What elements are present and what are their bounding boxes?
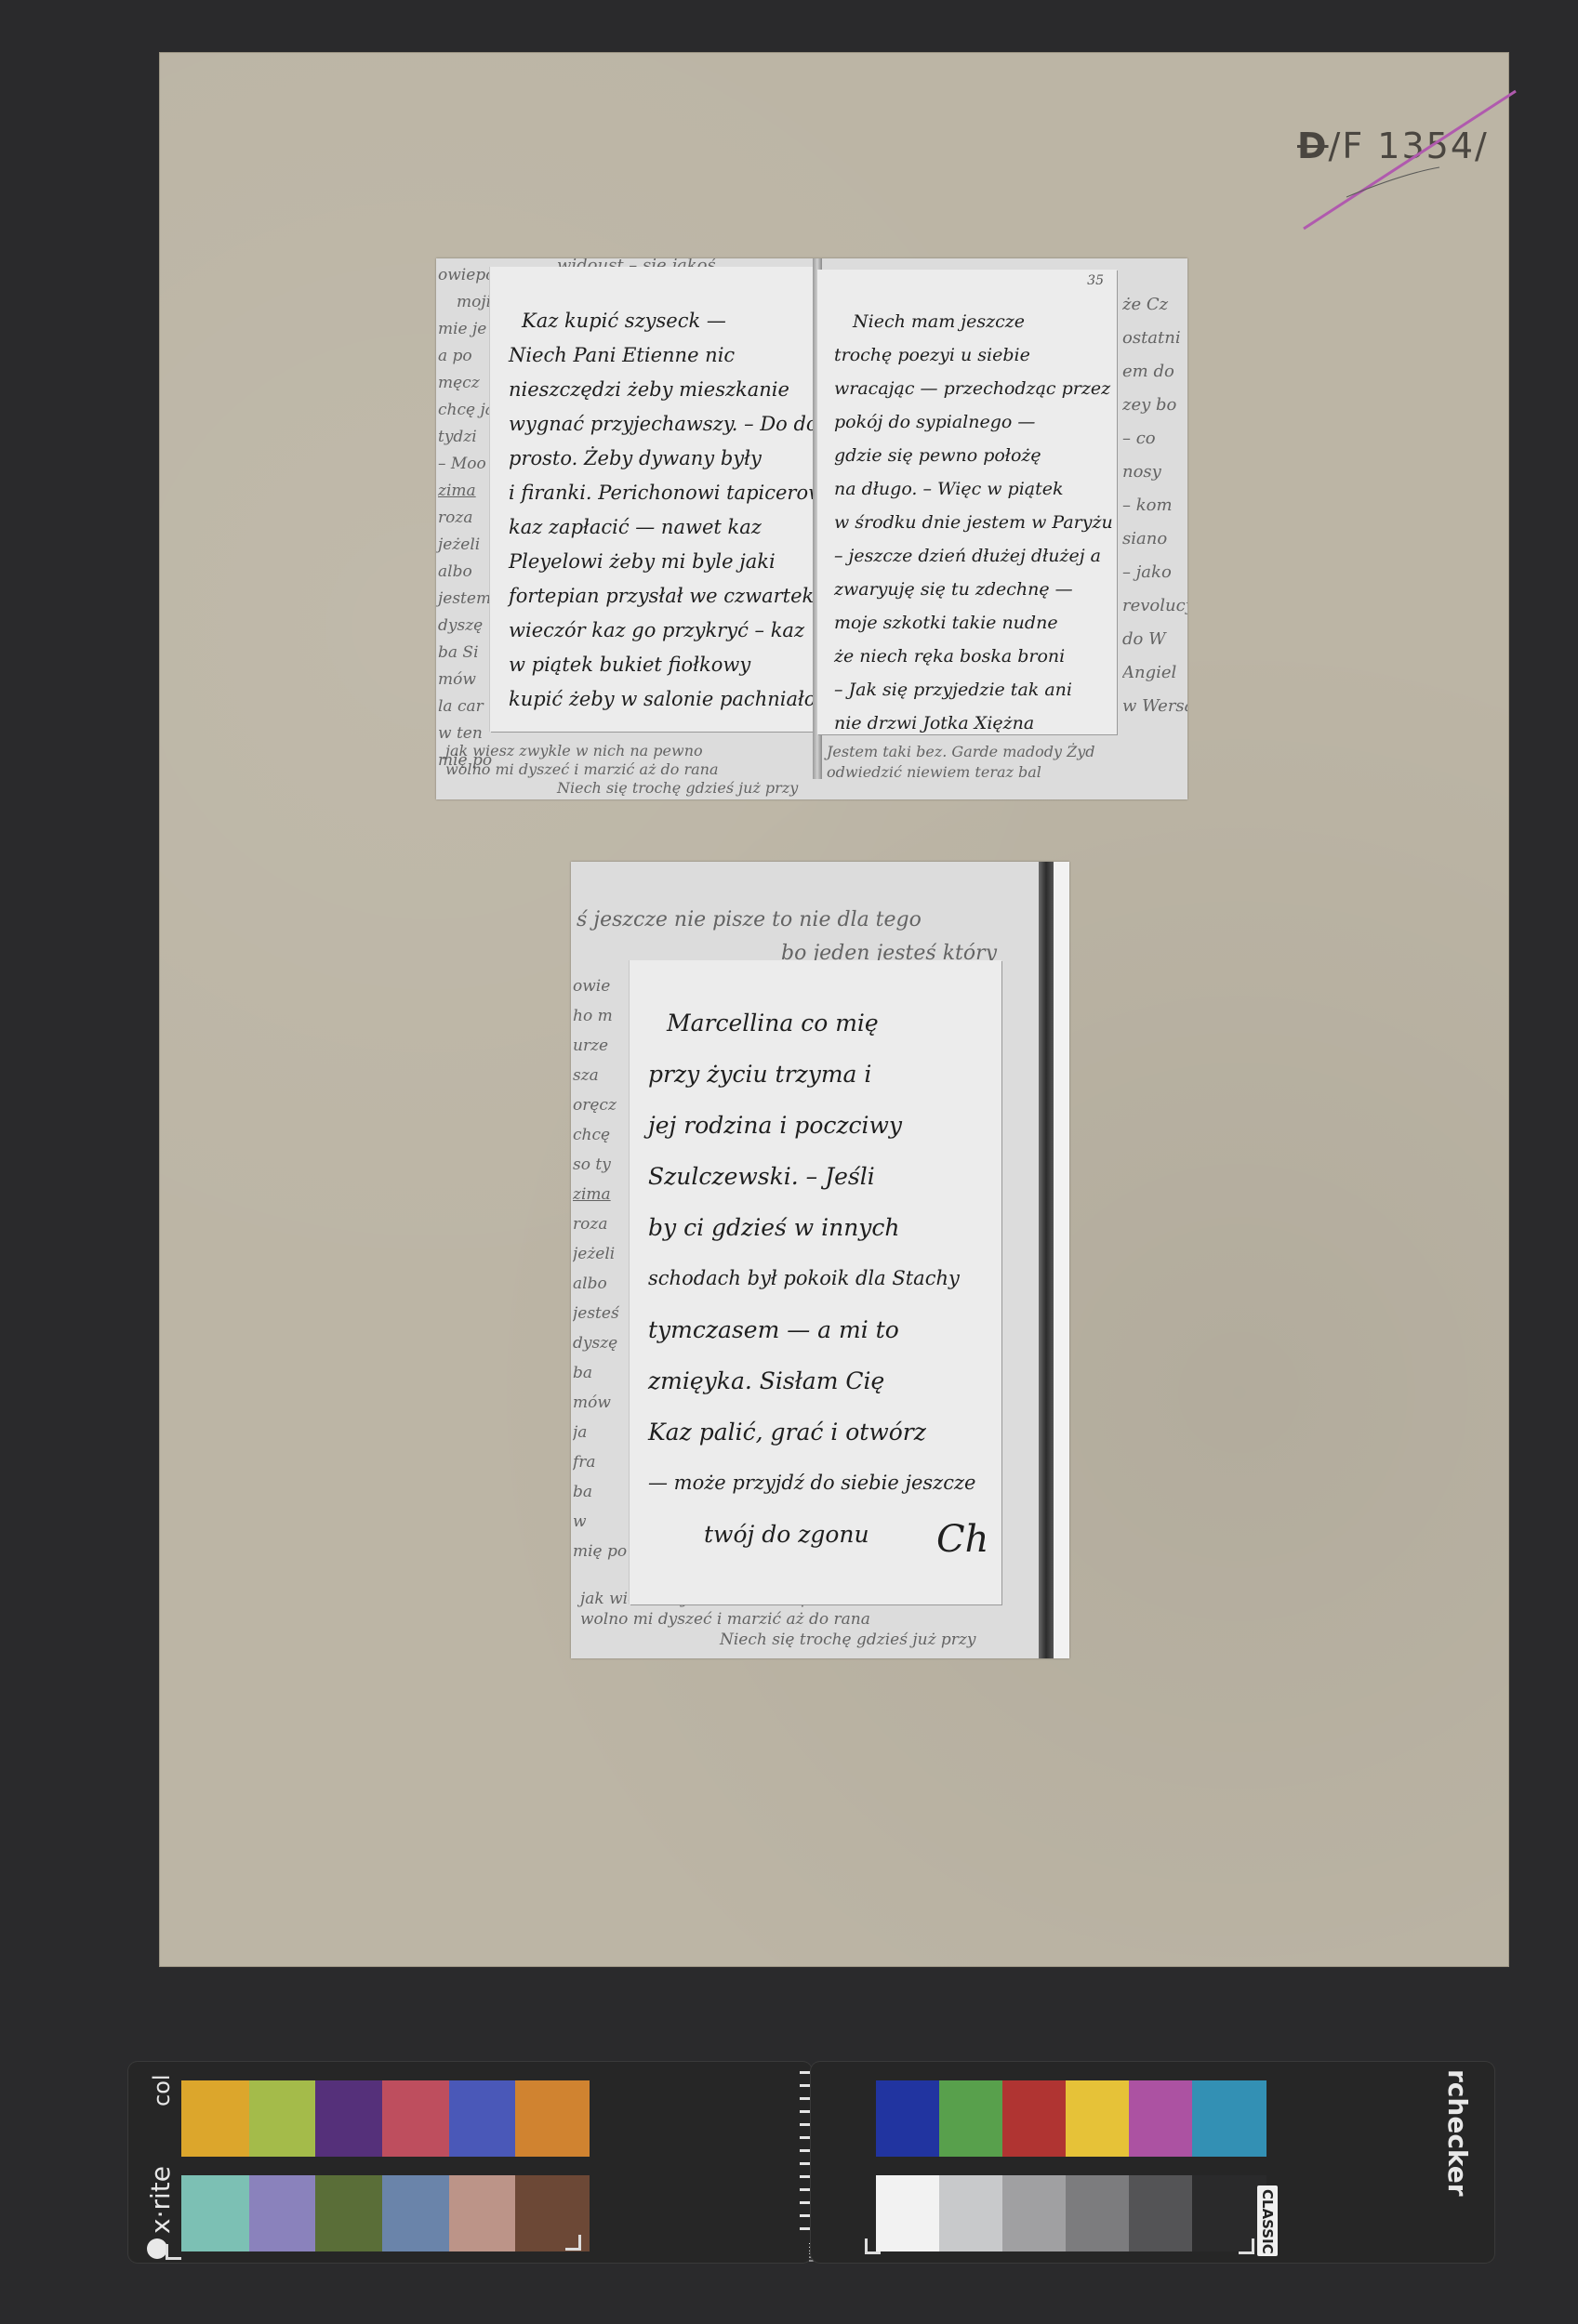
letter-page: Marcellina co mię przy życiu trzyma i je… <box>630 960 1001 1604</box>
shelfmark-label: D/F 1354/ <box>1297 125 1520 181</box>
letter-right-page: 35 Niech mam jeszcze trochę poezyi u sie… <box>817 270 1117 734</box>
page-number: 35 <box>1087 273 1104 288</box>
shelfmark-number: /F 1354/ <box>1329 125 1489 166</box>
registration-mark <box>1239 2238 1254 2254</box>
left-margin-fragments: owie ho m urze sza oręcz chcę so ty zima… <box>573 971 629 1566</box>
colorchecker-right-card: rchecker CLASSIC <box>811 2062 1494 2263</box>
bottom-strip-right: Jestem taki bez. Garde madody Żyd odwied… <box>827 742 1095 783</box>
photo-single-letter: ś jeszcze nie pisze to nie dla tego bo j… <box>571 862 1069 1658</box>
right-page-text: Niech mam jeszcze trochę poezyi u siebie… <box>834 305 1113 740</box>
patch-purple <box>315 2080 390 2157</box>
white-edge-strip <box>1054 862 1069 1658</box>
patch-orange-yellow <box>181 2080 256 2157</box>
patch-moderate-red <box>382 2080 457 2157</box>
bottom-strip-left: jak wiesz zwykle w nich na pewno wolno m… <box>445 742 798 798</box>
patch-foliage <box>315 2175 390 2251</box>
left-page-text: Kaz kupić szyseck — Niech Pani Etienne n… <box>509 304 849 717</box>
signature: Ch <box>936 1518 988 1561</box>
registration-mark <box>166 2244 181 2260</box>
patch-cyan <box>1192 2080 1266 2157</box>
right-margin-fragments: że Cz ostatni em do zey bo – co nosy – k… <box>1122 288 1187 723</box>
colorchecker-brand-text: rchecker <box>1442 2069 1473 2197</box>
patch-yellow-green <box>249 2080 324 2157</box>
letter-text: Marcellina co mię przy życiu trzyma i je… <box>648 997 975 1560</box>
patch-black <box>1192 2175 1266 2251</box>
dark-edge-strip <box>1039 862 1054 1658</box>
photo-open-letter: widoust – się jakoś owiepol moji mie je … <box>436 258 1187 799</box>
left-margin-fragments: owiepol moji mie je a po męcz chcę ja ty… <box>438 262 494 774</box>
xrite-logo-text: x·rite <box>145 2166 176 2234</box>
brand-col-text: col <box>149 2074 175 2106</box>
registration-mark <box>565 2235 581 2251</box>
patch-blue-sky <box>382 2175 457 2251</box>
letter-left-page: Kaz kupić szyseck — Niech Pani Etienne n… <box>490 267 813 732</box>
patch-orange <box>515 2080 590 2157</box>
patch-blue-flower <box>249 2175 324 2251</box>
patch-purplish-blue <box>449 2080 524 2157</box>
patch-bluish-green <box>181 2175 256 2251</box>
patch-light-skin <box>449 2175 524 2251</box>
registration-mark <box>865 2238 881 2254</box>
colorchecker-left-card: col x·rite <box>128 2062 812 2263</box>
shelfmark-prefix: D <box>1297 125 1329 166</box>
xrite-logo-icon <box>147 2238 167 2259</box>
classic-badge: CLASSIC <box>1257 2185 1278 2256</box>
